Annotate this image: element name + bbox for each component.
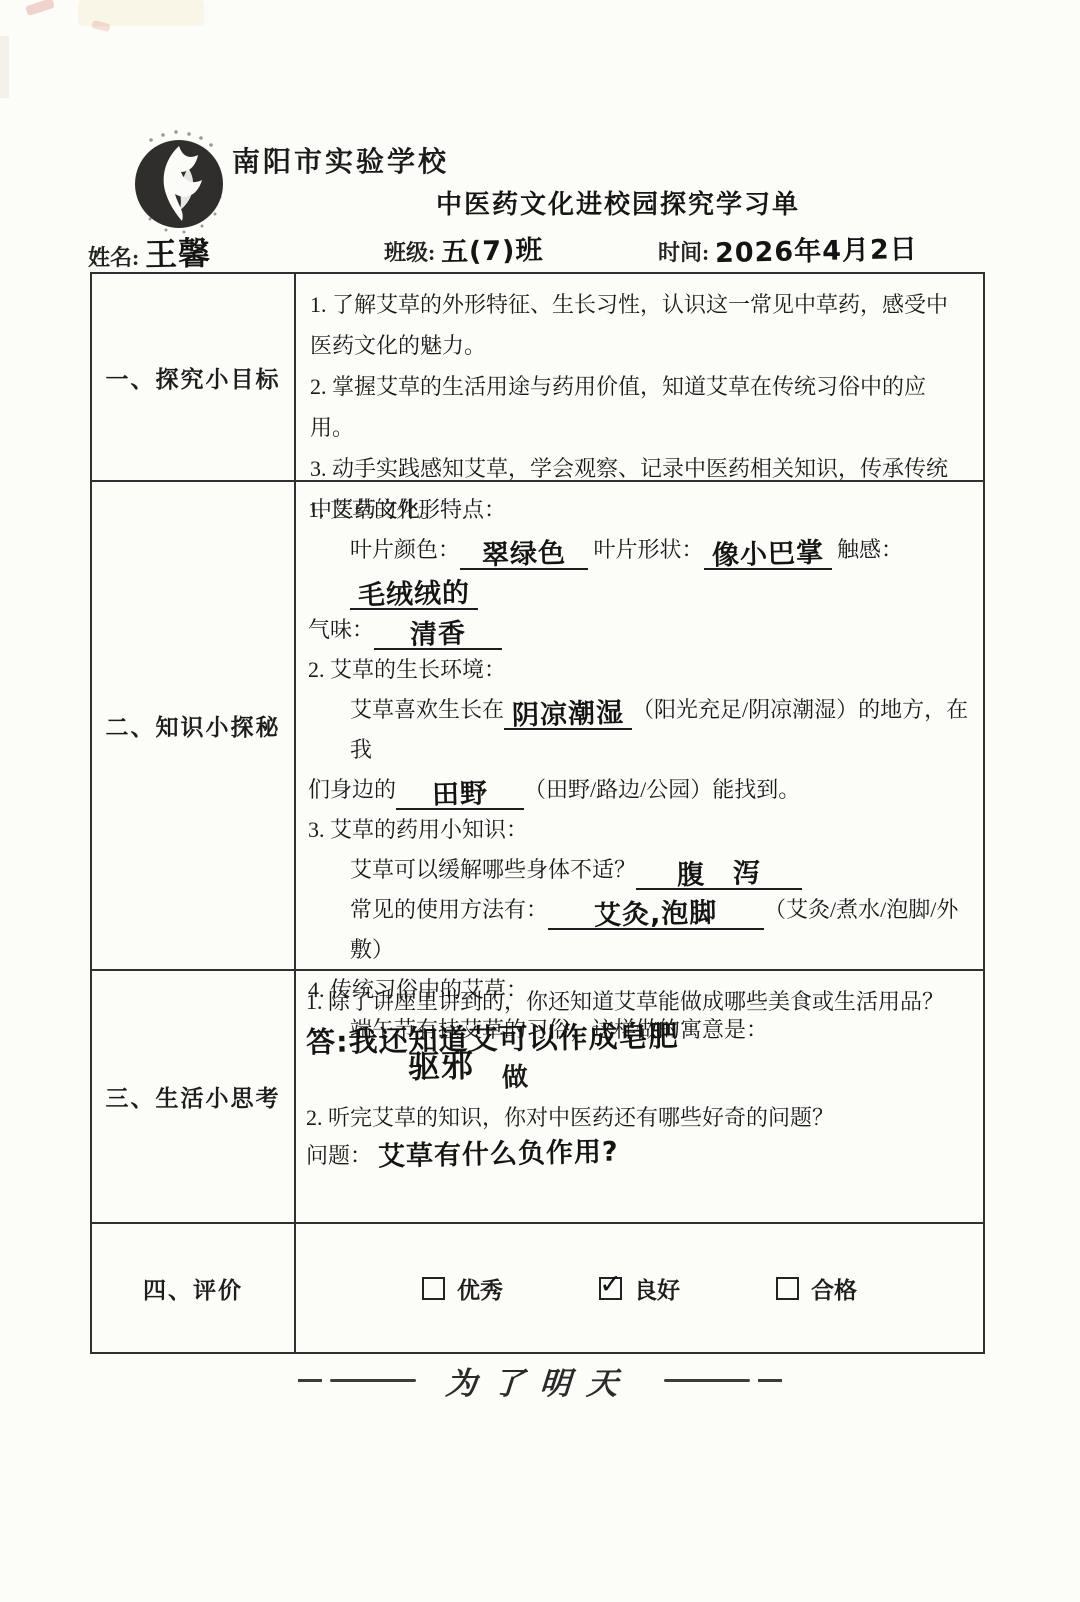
q2-line2-pre-text: 们身边的 (308, 777, 396, 802)
smell-label: 气味： (308, 617, 374, 642)
leaf-shape-answer: 像小巴掌 (711, 539, 824, 569)
checkbox-excellent (422, 1277, 445, 1300)
name-value-handwritten: 王馨 (145, 237, 212, 270)
q3-method-line: 常见的使用方法有：艾灸,泡脚（艾灸/煮水/泡脚/外敷） (308, 890, 969, 970)
q2-env-line2: 们身边的田野（田野/路边/公园）能找到。 (308, 770, 969, 810)
section-knowledge-label: 二、知识小探秘 (92, 482, 296, 969)
class-label: 班级: (384, 240, 435, 265)
school-logo-icon (116, 124, 242, 250)
motto-dash-right (664, 1379, 750, 1383)
leaf-color-label: 叶片颜色： (350, 537, 460, 562)
meta-row: 姓名: 王馨 班级: 五(7)班 时间: 2026年4月2日 (88, 236, 988, 272)
name-label: 姓名: (88, 245, 139, 270)
reflection-a1-handwritten: 答:我还知道艾可以作成皂肥 (306, 1022, 679, 1057)
q1-appearance-line: 叶片颜色：翠绿色 叶片形状：像小巴掌 触感：毛绒绒的 (308, 530, 969, 610)
page-title: 中医药文化进校园探究学习单 (436, 184, 800, 221)
section-evaluation-row: 四、评价 优秀 ✓ 良好 合格 (92, 1222, 983, 1352)
class-value-handwritten: 五(7)班 (441, 237, 544, 266)
leaf-shape-label: 叶片形状： (594, 537, 704, 562)
relief-label: 艾草可以缓解哪些身体不适？ (350, 857, 636, 882)
goal-item: 1. 了解艾草的外形特征、生长习性，认识这一常见中草药，感受中医药文化的魅力。 (310, 284, 967, 366)
section-goals-row: 一、探究小目标 1. 了解艾草的外形特征、生长习性，认识这一常见中草药，感受中医… (92, 274, 983, 480)
footer-motto-row: 为了明天 (0, 1358, 1080, 1403)
rating-good: ✓ 良好 (599, 1272, 680, 1305)
goal-item: 2. 掌握艾草的生活用途与药用价值，知道艾草在传统习俗中的应用。 (310, 366, 967, 448)
q1-title: 1. 艾草的外形特点： (308, 490, 969, 530)
checkbox-good-checked: ✓ (599, 1277, 622, 1300)
leaf-color-answer: 翠绿色 (482, 540, 567, 569)
rating-pass: 合格 (776, 1272, 857, 1305)
section-knowledge-row: 二、知识小探秘 1. 艾草的外形特点： 叶片颜色：翠绿色 叶片形状：像小巴掌 触… (92, 480, 983, 969)
leaf-color-blank: 翠绿色 (460, 541, 588, 570)
env-blank: 阴凉潮湿 (504, 701, 632, 730)
checkbox-pass (776, 1277, 799, 1300)
q2-title: 2. 艾草的生长环境： (308, 650, 969, 690)
time-label: 时间: (658, 240, 709, 265)
touch-blank: 毛绒绒的 (350, 581, 478, 610)
section-reflection-content: 1. 除了讲座里讲到的，你还知道艾草能做成哪些美食或生活用品？ 答:我还知道艾可… (296, 971, 983, 1222)
method-answer: 艾灸,泡脚 (594, 899, 718, 929)
place-answer: 田野 (432, 780, 489, 808)
section-knowledge-content: 1. 艾草的外形特点： 叶片颜色：翠绿色 叶片形状：像小巴掌 触感：毛绒绒的 气… (296, 482, 983, 969)
reflection-a1-correction: 做 (501, 1058, 529, 1097)
reflection-a1-line: 答:我还知道艾可以作成皂肥 做 (306, 1023, 969, 1099)
reflection-a2-handwritten: 艾草有什么负作用? (377, 1138, 618, 1170)
reflection-q1: 1. 除了讲座里讲到的，你还知道艾草能做成哪些美食或生活用品？ (306, 983, 969, 1021)
rating-excellent: 优秀 (422, 1272, 503, 1305)
section-goals-label: 一、探究小目标 (92, 274, 296, 480)
touch-label: 触感： (837, 537, 903, 562)
section-evaluation-content: 优秀 ✓ 良好 合格 (296, 1224, 983, 1352)
q1-smell-line: 气味：清香 (308, 610, 969, 650)
touch-answer: 毛绒绒的 (358, 579, 471, 609)
worksheet-table: 一、探究小目标 1. 了解艾草的外形特征、生长习性，认识这一常见中草药，感受中医… (90, 272, 985, 1354)
q2-pre-text: 艾草喜欢生长在 (350, 697, 504, 722)
time-value-handwritten: 2026年4月2日 (715, 236, 918, 267)
q2-post-text: （田野/路边/公园）能找到。 (524, 777, 800, 802)
smell-blank: 清香 (374, 621, 502, 650)
scanned-worksheet-page: { "colors": { "paper": "#fcfcf9", "ink":… (0, 0, 1080, 1602)
rating-pass-label: 合格 (811, 1272, 857, 1305)
footer-motto: 为了明天 (444, 1358, 635, 1403)
rating-excellent-label: 优秀 (457, 1272, 503, 1305)
section-reflection-label: 三、生活小思考 (92, 971, 296, 1222)
school-name: 南阳市实验学校 (232, 140, 449, 180)
section-reflection-row: 三、生活小思考 1. 除了讲座里讲到的，你还知道艾草能做成哪些美食或生活用品？ … (92, 969, 983, 1222)
q3-relief-line: 艾草可以缓解哪些身体不适？腹 泻 (308, 850, 969, 890)
scan-smudge (0, 36, 9, 98)
reflection-a2-line: 问题： 艾草有什么负作用? (306, 1137, 969, 1175)
place-blank: 田野 (396, 781, 524, 810)
section-evaluation-label: 四、评价 (92, 1224, 296, 1352)
section-goals-content: 1. 了解艾草的外形特征、生长习性，认识这一常见中草药，感受中医药文化的魅力。 … (296, 274, 983, 480)
question-label: 问题： (306, 1143, 372, 1168)
q2-env-line1: 艾草喜欢生长在阴凉潮湿（阳光充足/阴凉潮湿）的地方，在我 (308, 690, 969, 770)
q3-title: 3. 艾草的药用小知识： (308, 810, 969, 850)
rating-good-label: 良好 (634, 1272, 680, 1305)
env-answer: 阴凉潮湿 (512, 699, 625, 729)
leaf-shape-blank: 像小巴掌 (704, 541, 832, 570)
red-pen-mark (25, 0, 55, 16)
method-blank: 艾灸,泡脚 (548, 901, 764, 930)
smell-answer: 清香 (410, 620, 467, 648)
motto-dash-left (330, 1379, 416, 1383)
method-label: 常见的使用方法有： (350, 897, 548, 922)
relief-answer: 腹 泻 (677, 860, 762, 889)
relief-blank: 腹 泻 (636, 861, 802, 890)
reflection-q2: 2. 听完艾草的知识，你对中医药还有哪些好奇的问题？ (306, 1099, 969, 1137)
